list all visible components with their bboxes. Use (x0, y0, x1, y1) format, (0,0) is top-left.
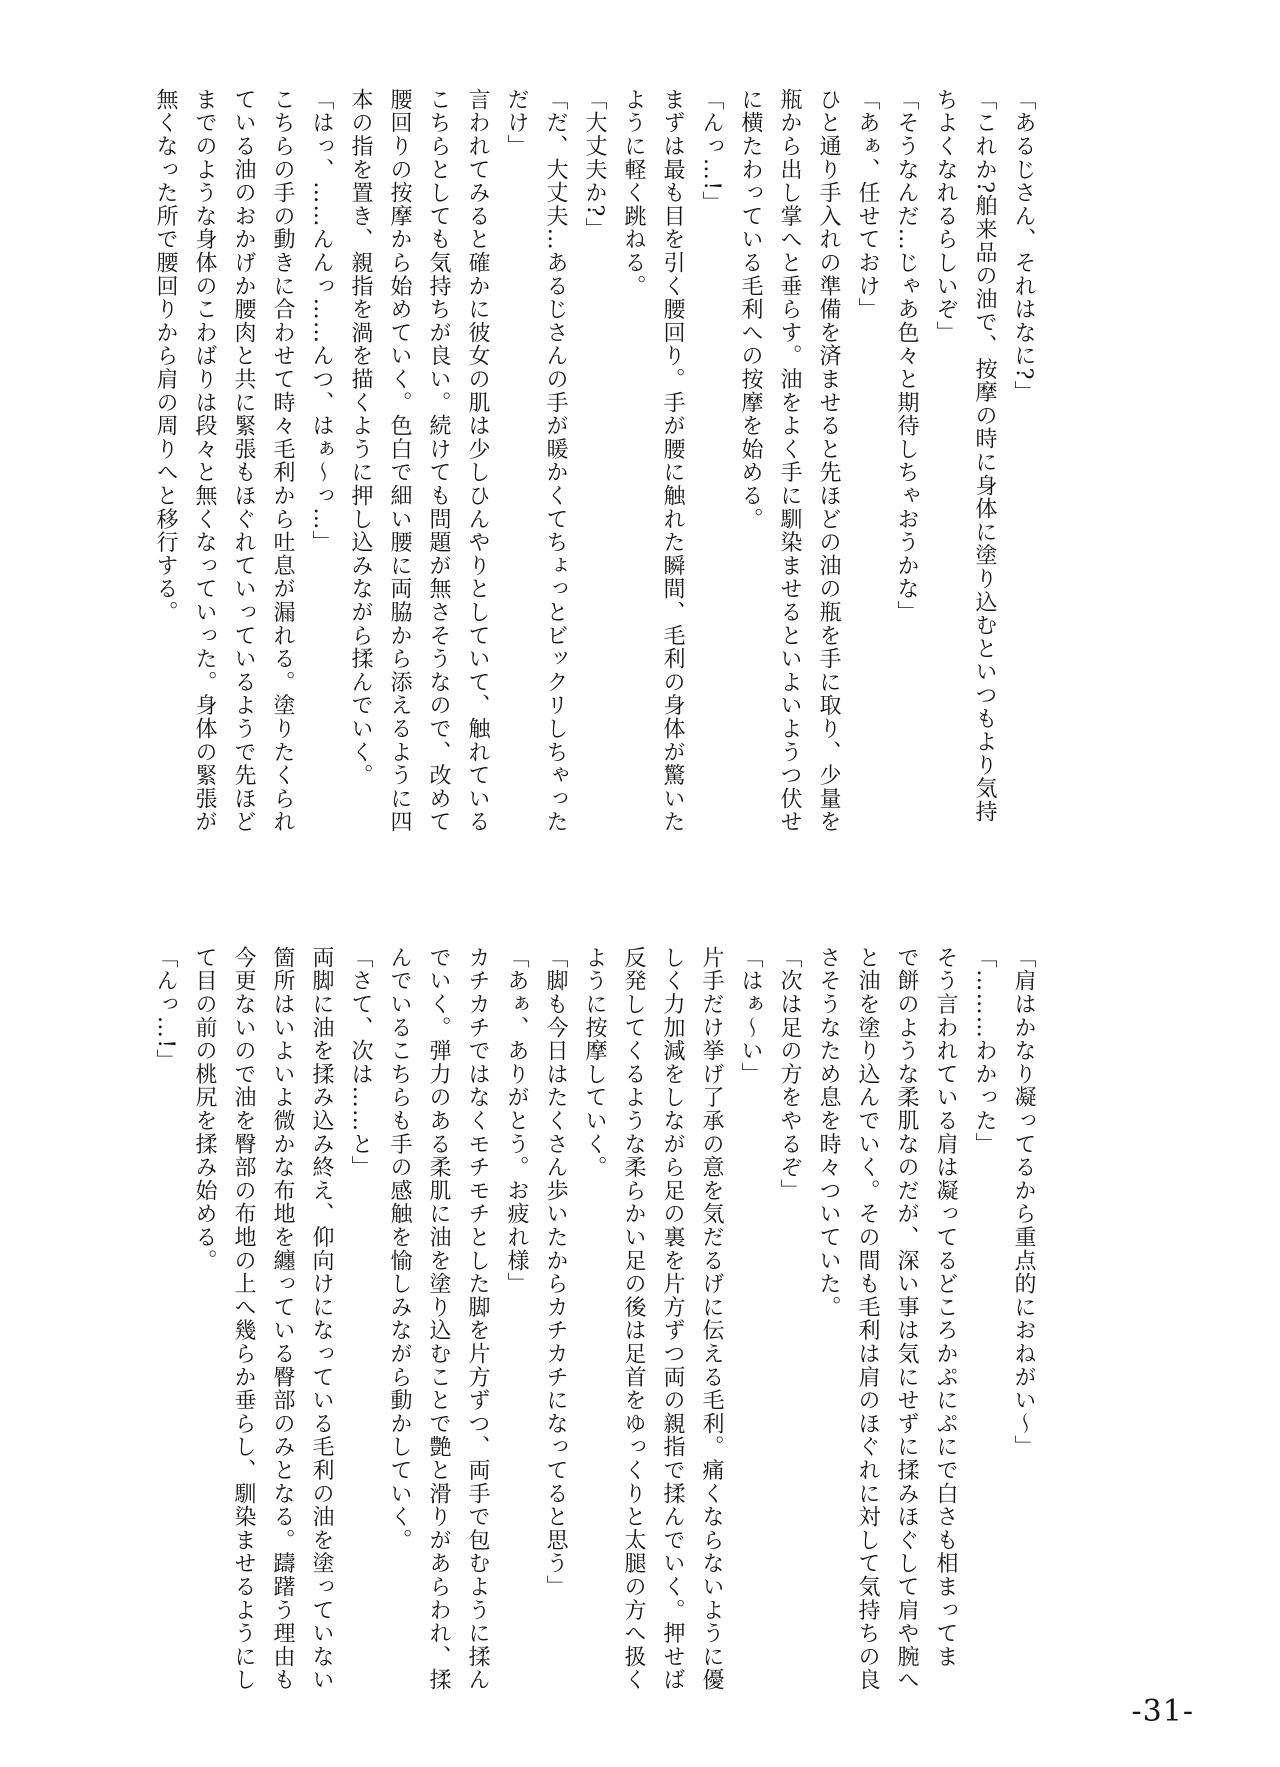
text-line: 「脚も今日はたくさん歩いたからカチカチになってると思う」 (536, 946, 575, 1694)
text-line: 無くなった所で腰回りから肩の周りへと移行する。 (146, 88, 185, 840)
text-line: 「はっ、……んんっ……んつ、はぁ〜っ…」 (302, 88, 341, 840)
text-line: ちよくなれるらしいぞ」 (926, 88, 965, 840)
text-line: 瓶から出し掌へと垂らす。油をよく手に馴染ませるといよいようつ伏せ (770, 88, 809, 840)
text-line: 「んっ…!」 (692, 88, 731, 840)
text-line: 「次は足の方をやるぞ」 (770, 946, 809, 1694)
text-line: 「んっ…!」 (146, 946, 185, 1694)
text-line: 「これか?舶来品の油で、按摩の時に身体に塗り込むといつもより気持 (965, 88, 1004, 840)
document-page: 「あるじさん、それはなに?」「これか?舶来品の油で、按摩の時に身体に塗り込むとい… (0, 0, 1280, 1767)
text-line: しく力加減をしながら足の裏を片方ずつ両の親指で揉んでいく。押せば (653, 946, 692, 1694)
text-line: 「あるじさん、それはなに?」 (1004, 88, 1043, 840)
text-line: 本の指を置き、親指を渦を描くように押し込みながら揉んでいく。 (341, 88, 380, 840)
text-line: 「さて、次は……と」 (341, 946, 380, 1694)
text-line: ように按摩していく。 (575, 946, 614, 1694)
text-line: 今更ないので油を臀部の布地の上へ幾らか垂らし、馴染ませるようにし (224, 946, 263, 1694)
text-line: だけ」 (497, 88, 536, 840)
text-line: 「そうなんだ…じゃあ色々と期待しちゃおうかな」 (887, 88, 926, 840)
text-line: まずは最も目を引く腰回り。手が腰に触れた瞬間、毛利の身体が驚いた (653, 88, 692, 840)
text-line: こちらとしても気持ちが良い。続けても問題が無さそうなので、改めて (419, 88, 458, 840)
text-line: でいく。弾力のある柔肌に油を塗り込むことで艶と滑りがあらわれ、揉 (419, 946, 458, 1694)
text-line: そう言われている肩は凝ってるどころかぷにぷにで白さも相まってま (926, 946, 965, 1694)
text-block-top: 「あるじさん、それはなに?」「これか?舶来品の油で、按摩の時に身体に塗り込むとい… (146, 88, 1043, 840)
text-line: 腰回りの按摩から始めていく。色白で細い腰に両脇から添えるように四 (380, 88, 419, 840)
text-line: 箇所はいよいよ微かな布地を纏っている臀部のみとなる。躊躇う理由も (263, 946, 302, 1694)
text-line: カチカチではなくモチモチとした脚を片方ずつ、両手で包むように揉ん (458, 946, 497, 1694)
text-line: ひと通り手入れの準備を済ませると先ほどの油の瓶を手に取り、少量を (809, 88, 848, 840)
text-line: 両脚に油を揉み込み終え、仰向けになっている毛利の油を塗っていない (302, 946, 341, 1694)
text-line: んでいるこちらも手の感触を愉しみながら動かしていく。 (380, 946, 419, 1694)
page-number: -31- (1132, 1694, 1194, 1729)
text-block-bottom: 「肩はかなり凝ってるから重点的におねがい〜」「………わかった」そう言われている肩… (146, 946, 1043, 1694)
text-line: ように軽く跳ねる。 (614, 88, 653, 840)
text-line: 「大丈夫か?」 (575, 88, 614, 840)
text-line: 反発してくるような柔らかい足の後は足首をゆっくりと太腿の方へ扱く (614, 946, 653, 1694)
text-line: さそうなため息を時々ついていた。 (809, 946, 848, 1694)
text-line: ている油のおかげか腰肉と共に緊張もほぐれていっているようで先ほど (224, 88, 263, 840)
text-line: と油を塗り込んでいく。その間も毛利は肩のほぐれに対して気持ちの良 (848, 946, 887, 1694)
text-line: 「………わかった」 (965, 946, 1004, 1694)
text-line: 「はぁ〜い」 (731, 946, 770, 1694)
text-line: に横たわっている毛利への按摩を始める。 (731, 88, 770, 840)
text-line: 「だ、大丈夫…あるじさんの手が暖かくてちょっとビックリしちゃった (536, 88, 575, 840)
text-line: 言われてみると確かに彼女の肌は少しひんやりとしていて、触れている (458, 88, 497, 840)
text-line: て目の前の桃尻を揉み始める。 (185, 946, 224, 1694)
text-line: で餅のような柔肌なのだが、深い事は気にせずに揉みほぐして肩や腕へ (887, 946, 926, 1694)
text-line: 「あぁ、ありがとう。お疲れ様」 (497, 946, 536, 1694)
text-line: 「あぁ、任せておけ」 (848, 88, 887, 840)
text-line: までのような身体のこわばりは段々と無くなっていった。身体の緊張が (185, 88, 224, 840)
text-line: 「肩はかなり凝ってるから重点的におねがい〜」 (1004, 946, 1043, 1694)
text-line: 片手だけ挙げ了承の意を気だるげに伝える毛利。痛くならないように優 (692, 946, 731, 1694)
text-line: こちらの手の動きに合わせて時々毛利から吐息が漏れる。塗りたくられ (263, 88, 302, 840)
